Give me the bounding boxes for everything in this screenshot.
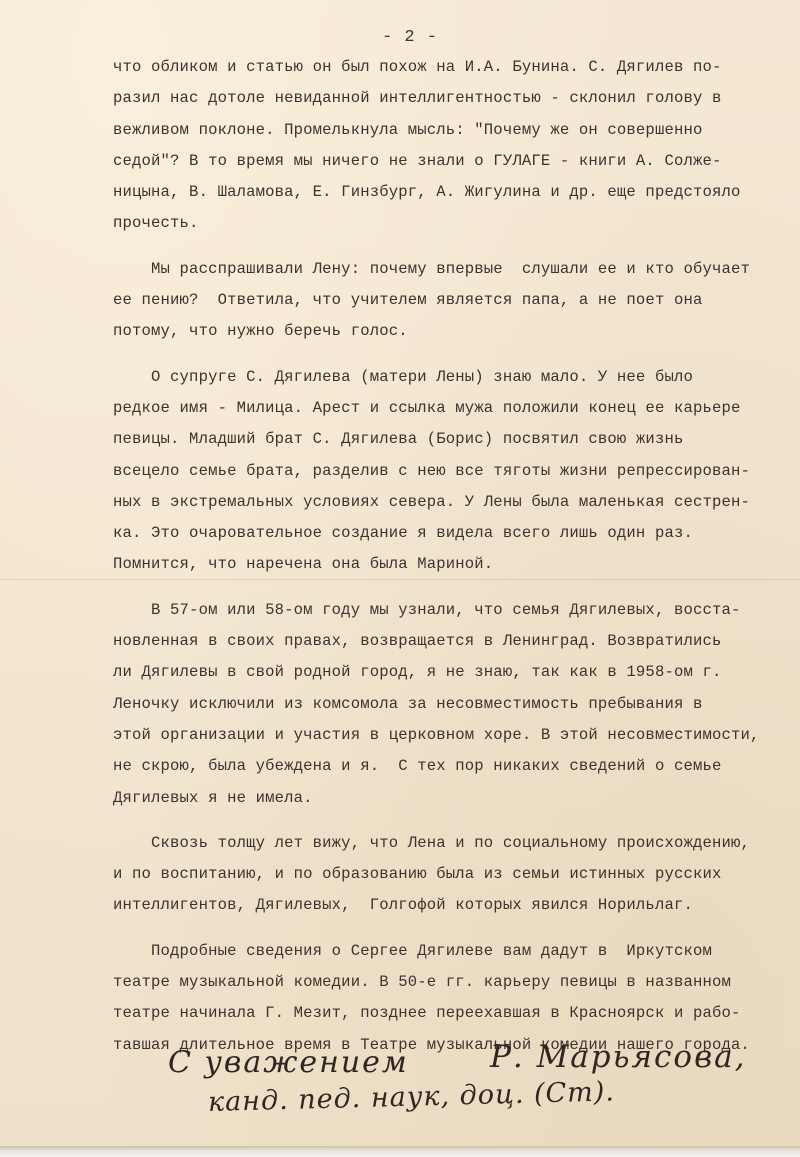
text-line: прочесть. bbox=[113, 208, 800, 239]
text-line: интеллигентов, Дягилевых, Голгофой котор… bbox=[113, 890, 800, 921]
text-line: певицы. Младший брат С. Дягилева (Борис)… bbox=[113, 424, 800, 455]
text-line: О супруге С. Дягилева (матери Лены) знаю… bbox=[113, 362, 800, 393]
text-line: театре музыкальной комедии. В 50-е гг. к… bbox=[113, 967, 800, 998]
text-line: ли Дягилевы в свой родной город, я не зн… bbox=[113, 657, 800, 688]
paragraph-gap bbox=[113, 814, 800, 828]
text-line: В 57-ом или 58-ом году мы узнали, что се… bbox=[113, 595, 800, 626]
text-line: не скрою, была убеждена и я. С тех пор н… bbox=[113, 751, 800, 782]
text-line: этой организации и участия в церковном х… bbox=[113, 720, 800, 751]
text-line: новленная в своих правах, возвращается в… bbox=[113, 626, 800, 657]
paragraph-gap bbox=[113, 581, 800, 595]
text-line: Дягилевых я не имела. bbox=[113, 783, 800, 814]
text-line: ее пению? Ответила, что учителем являетс… bbox=[113, 285, 800, 316]
paragraph-gap bbox=[113, 922, 800, 936]
text-line: что обликом и статью он был похож на И.А… bbox=[113, 52, 800, 83]
text-line: разил нас дотоле невиданной интеллигентн… bbox=[113, 83, 800, 114]
paragraph-gap bbox=[113, 348, 800, 362]
signature-name: Р. Марьясова, bbox=[490, 1039, 746, 1075]
text-line: Леночку исключили из комсомола за несовм… bbox=[113, 689, 800, 720]
signature-closing: С уважением bbox=[168, 1045, 409, 1080]
paper-bottom-edge bbox=[0, 1146, 800, 1157]
text-line: ка. Это очаровательное создание я видела… bbox=[113, 518, 800, 549]
text-line: Помнится, что наречена она была Мариной. bbox=[113, 549, 800, 580]
text-line: потому, что нужно беречь голос. bbox=[113, 316, 800, 347]
text-line: Подробные сведения о Сергее Дягилеве вам… bbox=[113, 936, 800, 967]
text-line: всецело семье брата, разделив с нею все … bbox=[113, 456, 800, 487]
text-line: редкое имя - Милица. Арест и ссылка мужа… bbox=[113, 393, 800, 424]
paragraph-gap bbox=[113, 240, 800, 254]
typewritten-body: что обликом и статью он был похож на И.А… bbox=[113, 52, 800, 1061]
text-line: седой"? В то время мы ничего не знали о … bbox=[113, 146, 800, 177]
text-line: Сквозь толщу лет вижу, что Лена и по соц… bbox=[113, 828, 800, 859]
text-line: вежливом поклоне. Промелькнула мысль: "П… bbox=[113, 115, 800, 146]
page-number: - 2 - bbox=[0, 28, 800, 47]
text-line: театре начинала Г. Мезит, позднее переех… bbox=[113, 998, 800, 1029]
text-line: Мы расспрашивали Лену: почему впервые сл… bbox=[113, 254, 800, 285]
text-line: ницына, В. Шаламова, Е. Гинзбург, А. Жиг… bbox=[113, 177, 800, 208]
text-line: ных в экстремальных условиях севера. У Л… bbox=[113, 487, 800, 518]
text-line: и по воспитанию, и по образованию была и… bbox=[113, 859, 800, 890]
